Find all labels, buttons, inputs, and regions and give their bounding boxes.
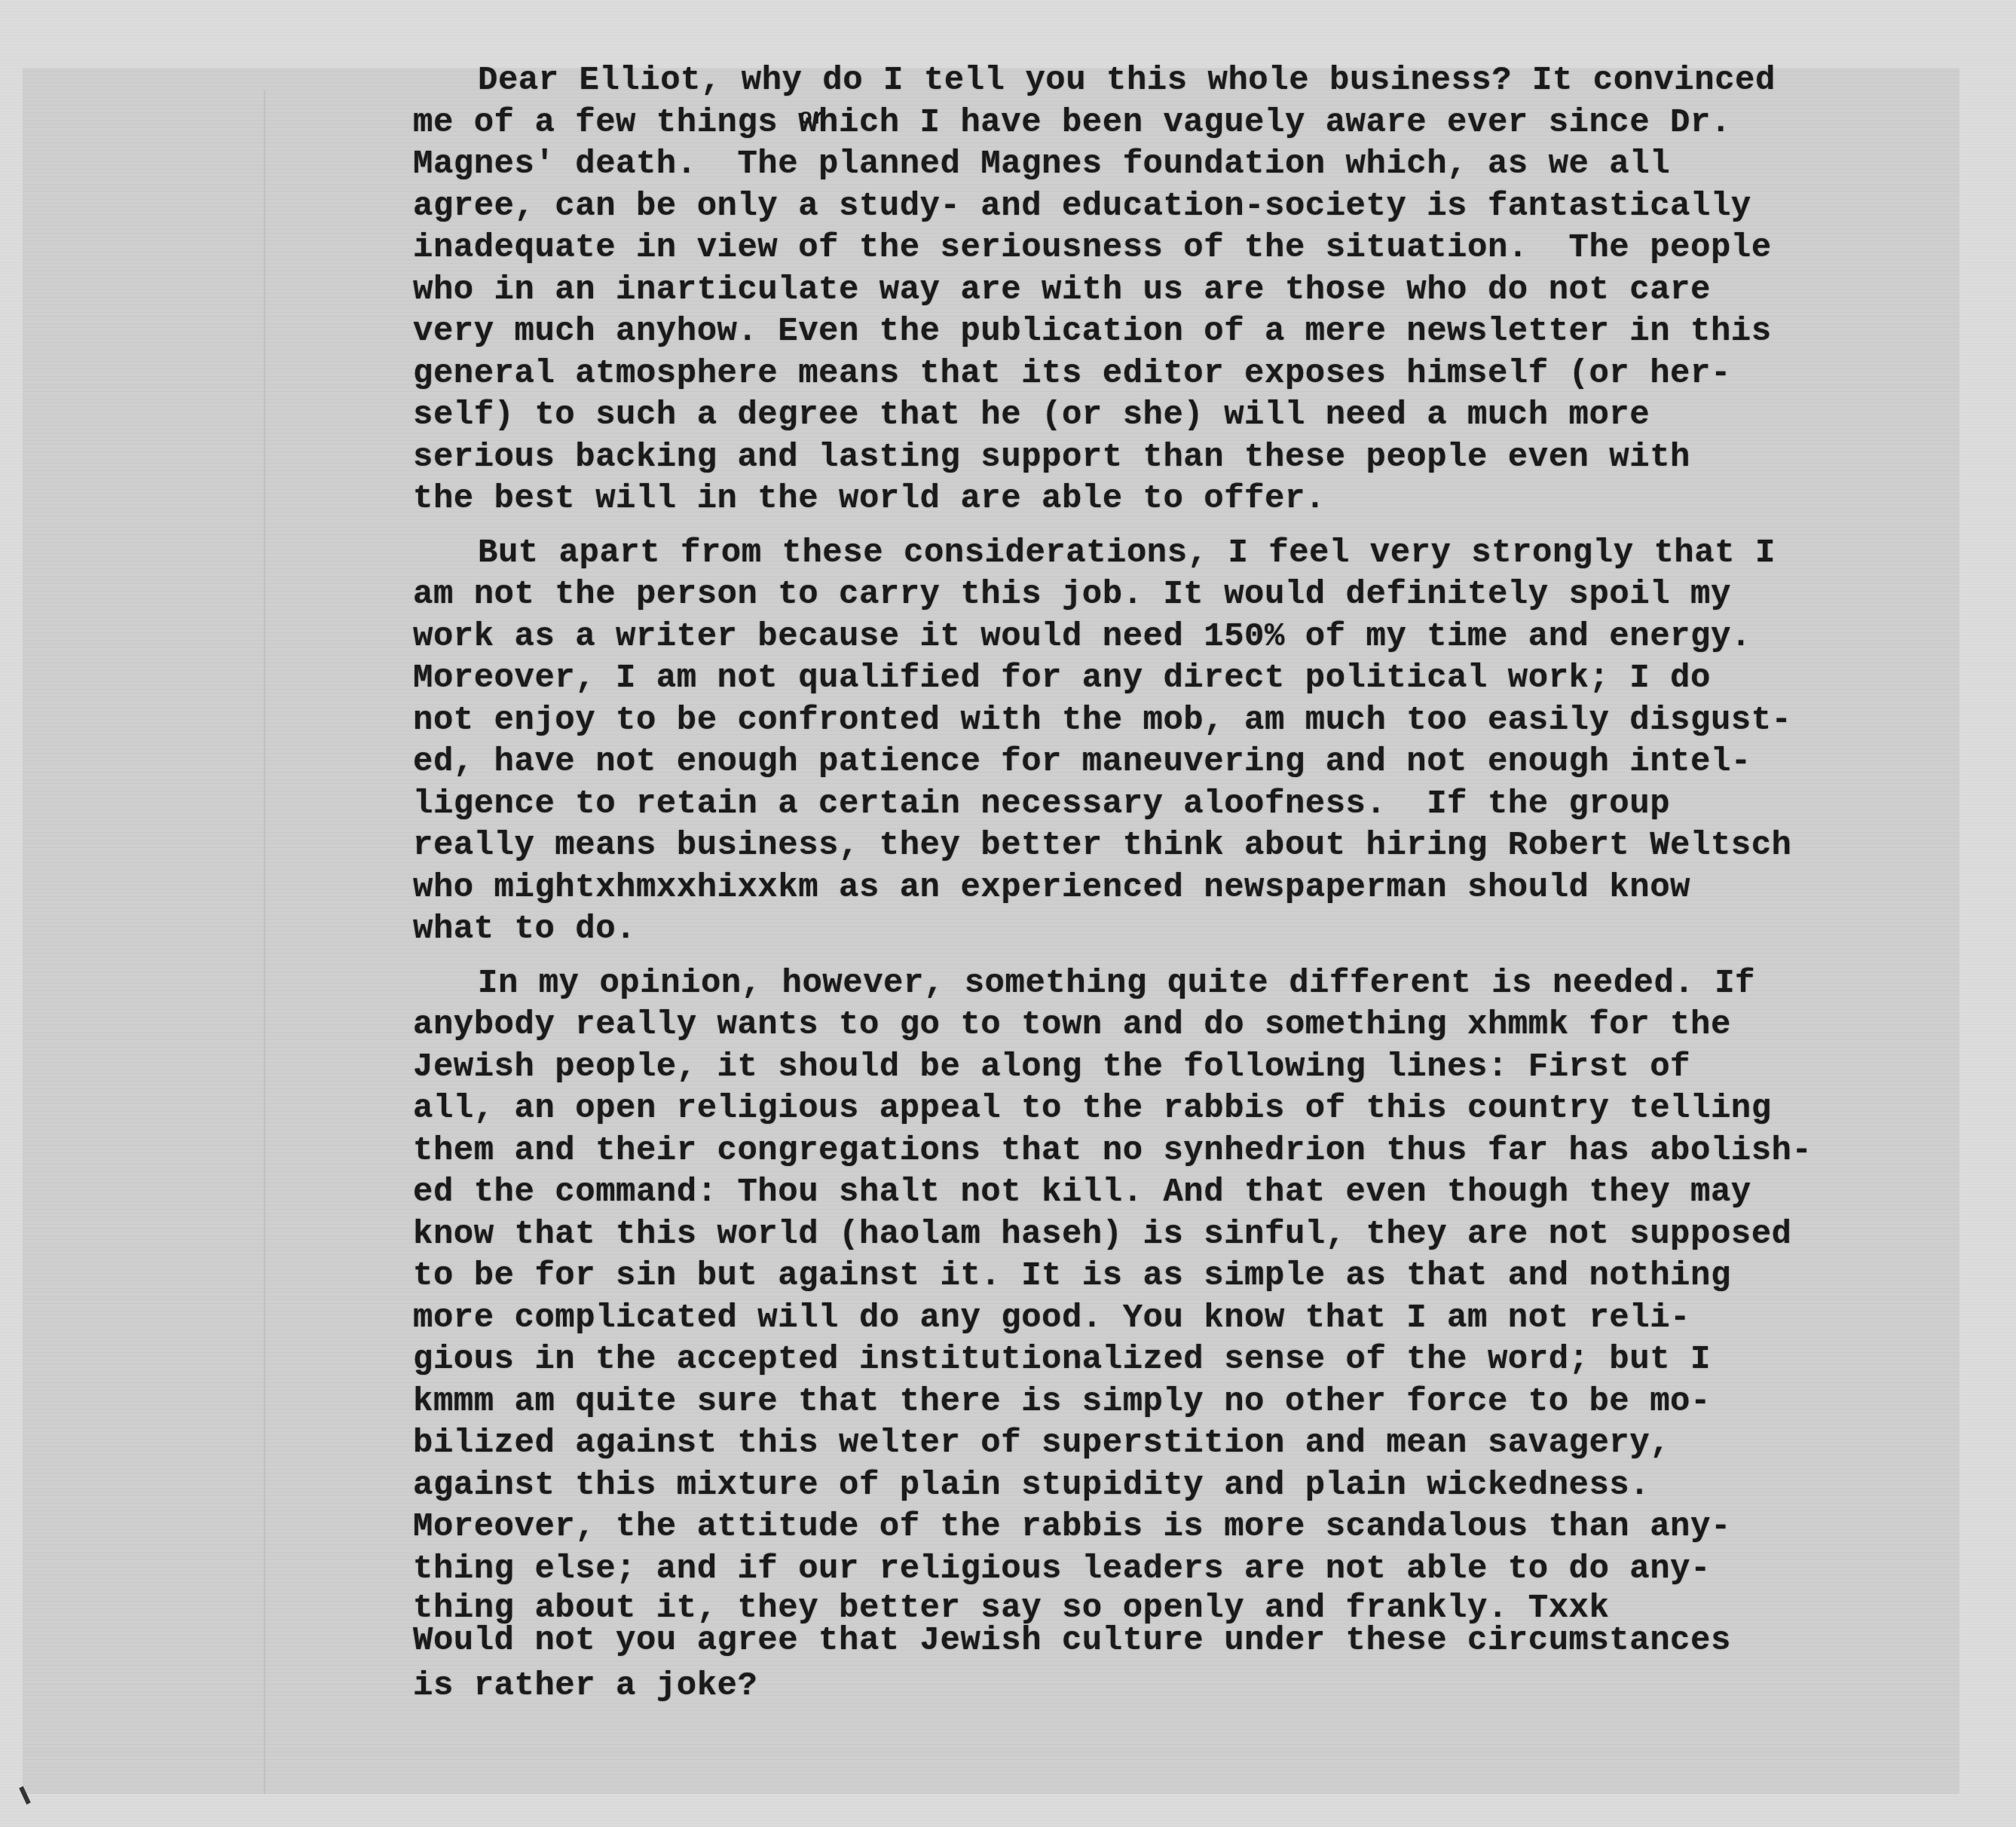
text-line: Would not you agree that Jewish culture … (413, 1623, 1981, 1658)
text-line: more complicated will do any good. You k… (413, 1298, 1981, 1340)
paragraph-2: But apart from these considerations, I f… (413, 533, 1981, 951)
letter-body: Dear Elliot, why do I tell you this whol… (413, 60, 1981, 1720)
text-line: kmmm am quite sure that there is simply … (413, 1382, 1981, 1424)
text-line: serious backing and lasting support than… (413, 437, 1981, 479)
paragraph-3: In my opinion, however, something quite … (413, 963, 1981, 1708)
text-line: who mightxhmxxhixxkm as an experienced n… (413, 868, 1981, 910)
text-line: am not the person to carry this job. It … (413, 574, 1981, 617)
text-line: bilized against this welter of superstit… (413, 1423, 1981, 1465)
text-line: against this mixture of plain stupidity … (413, 1465, 1981, 1507)
text-line: all, an open religious appeal to the rab… (413, 1088, 1981, 1131)
text-line: the best will in the world are able to o… (413, 479, 1981, 521)
text-line: to be for sin but against it. It is as s… (413, 1256, 1981, 1298)
text-line: agree, can be only a study- and educatio… (413, 186, 1981, 228)
text-line: In my opinion, however, something quite … (413, 963, 1981, 1005)
text-line: them and their congregations that no syn… (413, 1131, 1981, 1173)
text-line: me of a few things which I have been vag… (413, 103, 1981, 145)
text-line: thing about it, they better say so openl… (413, 1593, 1981, 1623)
text-line: self) to such a degree that he (or she) … (413, 395, 1981, 437)
text-line: work as a writer because it would need 1… (413, 617, 1981, 659)
text-line: inadequate in view of the seriousness of… (413, 228, 1981, 270)
text-line: who in an inarticulate way are with us a… (413, 270, 1981, 312)
text-line: Moreover, I am not qualified for any dir… (413, 658, 1981, 700)
text-line: Dear Elliot, why do I tell you this whol… (413, 60, 1981, 103)
text-line: very much anyhow. Even the publication o… (413, 311, 1981, 353)
text-line: anybody really wants to go to town and d… (413, 1005, 1981, 1047)
text-line: thing else; and if our religious leaders… (413, 1549, 1981, 1591)
text-line: know that this world (haolam haseh) is s… (413, 1214, 1981, 1256)
text-line: really means business, they better think… (413, 825, 1981, 868)
text-line: ligence to retain a certain necessary al… (413, 784, 1981, 826)
text-line: what to do. (413, 909, 1981, 951)
text-line: Magnes' death. The planned Magnes founda… (413, 144, 1981, 186)
text-line: not enjoy to be confronted with the mob,… (413, 700, 1981, 742)
text-line: But apart from these considerations, I f… (413, 533, 1981, 575)
paper-fold-line (264, 90, 265, 1794)
text-line: Jewish people, it should be along the fo… (413, 1047, 1981, 1089)
paragraph-1: Dear Elliot, why do I tell you this whol… (413, 60, 1981, 521)
text-line: gious in the accepted institutionalized … (413, 1339, 1981, 1382)
text-line: is rather a joke? (413, 1666, 1981, 1708)
text-line: Moreover, the attitude of the rabbis is … (413, 1507, 1981, 1549)
text-line: ed, have not enough patience for maneuve… (413, 742, 1981, 784)
text-line: ed the command: Thou shalt not kill. And… (413, 1172, 1981, 1214)
text-line: general atmosphere means that its editor… (413, 353, 1981, 396)
